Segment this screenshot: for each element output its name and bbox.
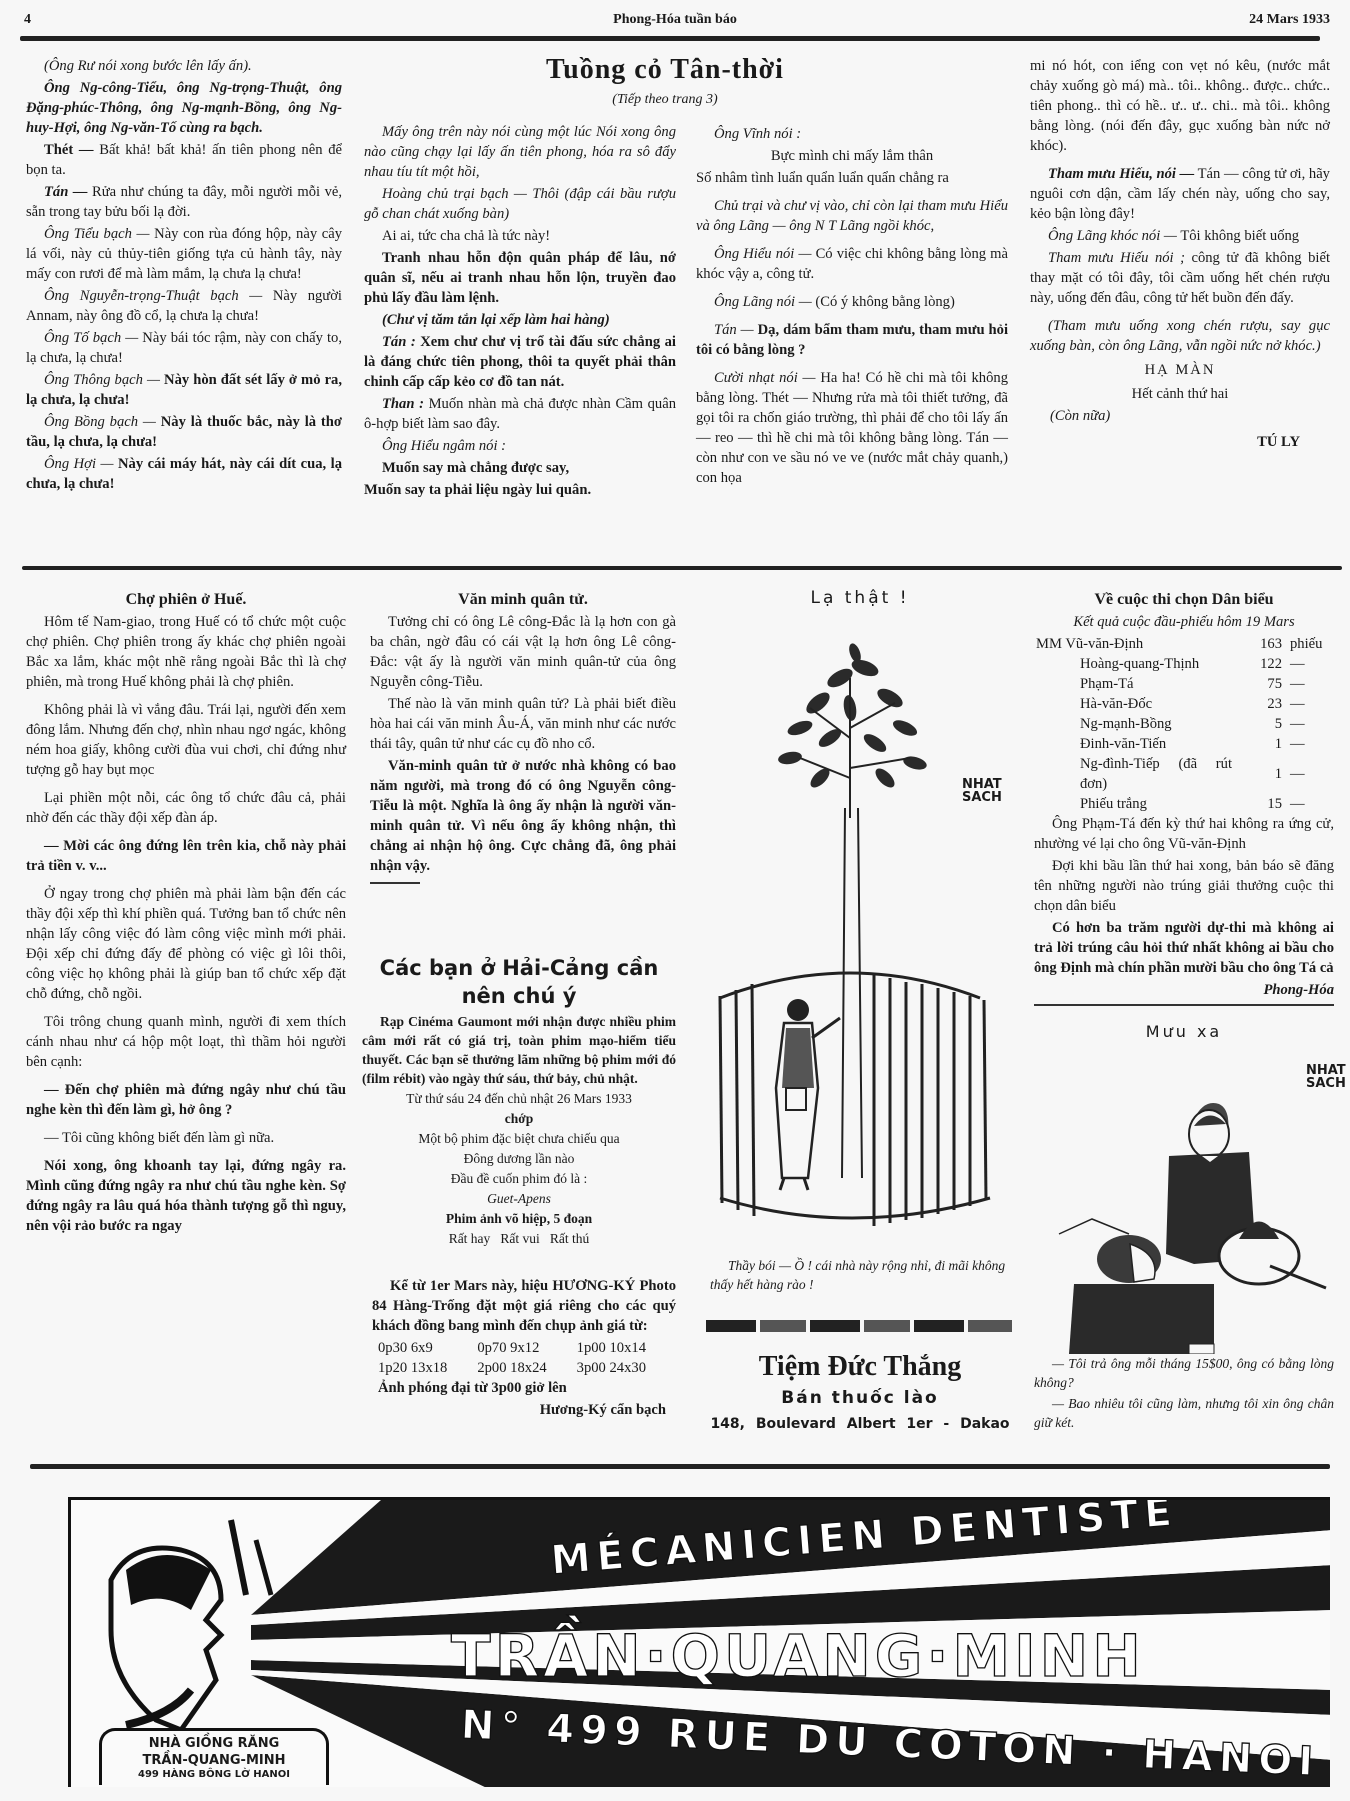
notice-title: Các bạn ở Hải-Cảng cần nên chú ý bbox=[362, 954, 676, 1010]
article-signature: Phong-Hóa bbox=[1034, 980, 1334, 1000]
dialogue-line: Ông Bồng bạch — Này là thuốc bắc, này là… bbox=[26, 412, 342, 452]
price-item: 1p00 10x14 bbox=[577, 1338, 676, 1358]
verse-line: Muốn say mà chẳng được say, bbox=[364, 458, 676, 478]
section-rule bbox=[30, 1464, 1330, 1469]
decorative-border bbox=[706, 1320, 1012, 1332]
film-praise: Rất hay Rất vui Rất thú bbox=[362, 1230, 676, 1248]
paragraph: Tưởng chỉ có ông Lê công-Đắc là lạ hơn c… bbox=[370, 612, 676, 692]
dialogue-line: Tán — Rửa như chúng ta đây, mỗi người mỗ… bbox=[26, 182, 342, 222]
ad-dentist-name: TRẦN·QUANG·MINH bbox=[451, 1622, 1145, 1690]
dialogue-line: Thét — Bất khả! bất khả! ấn tiên phong n… bbox=[26, 140, 342, 180]
verse-line: Bực mình chi mấy lắm thân bbox=[696, 146, 1008, 166]
table-row: Phạm-Tá75— bbox=[1034, 674, 1334, 694]
author-signature: TÚ LY bbox=[1030, 432, 1330, 452]
dialogue-line: Ông Lãng khóc nói — Tôi không biết uống bbox=[1030, 226, 1330, 246]
artist-signature: NHAT SACH bbox=[962, 778, 976, 804]
top-story-column-3: Ông Vĩnh nói : Bực mình chi mấy lắm thân… bbox=[696, 124, 1008, 490]
stage-direction: Mấy ông trên này nói cùng một lúc Nói xo… bbox=[364, 122, 676, 182]
price-item: 3p00 24x30 bbox=[577, 1358, 676, 1378]
stage-direction: (Chư vị tăm tắn lại xếp làm hai hàng) bbox=[364, 310, 676, 330]
stage-direction: Ông Hiểu ngâm nói : bbox=[364, 436, 676, 456]
table-row: Phiếu trắng15— bbox=[1034, 794, 1334, 814]
cho-phien-article: Chợ phiên ở Huế. Hôm tế Nam-giao, trong … bbox=[26, 590, 346, 1238]
ad-box-line: NHÀ GIỒNG RĂNG bbox=[106, 1735, 322, 1752]
stage-direction: Chủ trại và chư vị vào, chỉ còn lại tham… bbox=[696, 196, 1008, 236]
huong-ky-ad: Kể từ 1er Mars này, hiệu HƯƠNG-KÝ Photo … bbox=[372, 1276, 676, 1422]
dialogue-line: Ai ai, tức cha chả là tức này! bbox=[364, 226, 676, 246]
top-story-column-2: Mấy ông trên này nói cùng một lúc Nói xo… bbox=[364, 122, 676, 502]
ad-box-line: 499 HÀNG BÔNG LỜ HANOI bbox=[106, 1769, 322, 1781]
dialogue-line: mi nó hót, con iểng con vẹt nó kêu, (nướ… bbox=[1030, 56, 1330, 156]
dialogue-line: Ông Thông bạch — Này hòn đất sét lấy ở m… bbox=[26, 370, 342, 410]
dialogue-line: Ông Nguyễn-trọng-Thuật bạch — Này người … bbox=[26, 286, 342, 326]
stage-direction: Ông Vĩnh nói : bbox=[696, 124, 1008, 144]
price-item: 0p70 9x12 bbox=[477, 1338, 576, 1358]
schedule-line: chớp bbox=[362, 1110, 676, 1128]
table-row: Hà-văn-Đốc23— bbox=[1034, 694, 1334, 714]
muu-xa-caption: — Tôi trả ông mỗi tháng 15$00, ông có bằ… bbox=[1034, 1354, 1334, 1434]
artist-signature: NHAT SACH bbox=[1306, 1064, 1320, 1090]
section-rule bbox=[22, 566, 1342, 570]
page-header: 4 Phong-Hóa tuần báo 24 Mars 1933 bbox=[20, 8, 1330, 38]
table-row: Đinh-văn-Tiến1— bbox=[1034, 734, 1334, 754]
cartoon-title: Lạ thật ! bbox=[700, 588, 1020, 608]
dialogue-line: Ông Lãng nói — (Có ý không bằng lòng) bbox=[696, 292, 1008, 312]
cartoon-caption: Thầy bói — Ồ ! cái nhà này rộng nhỉ, đi … bbox=[710, 1256, 1010, 1294]
ad-box-line: TRẦN-QUANG-MINH bbox=[106, 1752, 322, 1769]
paragraph: — Đến chợ phiên mà đứng ngây như chú tầu… bbox=[26, 1080, 346, 1120]
paragraph: Ông Phạm-Tá đến kỳ thứ hai không ra ứng … bbox=[1034, 814, 1334, 854]
dentist-advertisement: MÉCANICIEN DENTISTE TRẦN·QUANG·MINH N° 4… bbox=[68, 1497, 1330, 1787]
shop-address: 148, Boulevard Albert 1er - Dakao bbox=[700, 1416, 1020, 1432]
stage-direction: (Ông Rư nói xong bước lên lấy ấn). bbox=[26, 56, 342, 76]
issue-date: 24 Mars 1933 bbox=[1249, 12, 1330, 28]
top-story-column-1: (Ông Rư nói xong bước lên lấy ấn). Ông N… bbox=[26, 56, 342, 496]
paragraph: — Mời các ông đứng lên trên kia, chỗ này… bbox=[26, 836, 346, 876]
dialogue-line: Tranh nhau hỗn độn quân pháp để lâu, nớ … bbox=[364, 248, 676, 308]
table-row: Ng-đình-Tiếp (đã rút đơn)1— bbox=[1034, 754, 1334, 794]
employer-employee-illustration bbox=[1034, 1044, 1334, 1354]
enlarge-note: Ảnh phóng đại từ 3p00 giở lên bbox=[372, 1378, 676, 1398]
dialogue-line: Than : Muốn nhàn mà chả được nhàn Cầm qu… bbox=[364, 394, 676, 434]
tiem-duc-thang-ad: Tiệm Đức Thắng Bán thuốc lào 148, Boulev… bbox=[700, 1350, 1020, 1432]
notice-body: Rạp Cinéma Gaumont mới nhận được nhiều p… bbox=[362, 1012, 676, 1088]
dialogue-line: Cười nhạt nói — Ha ha! Có hề chi mà tôi … bbox=[696, 368, 1008, 488]
dialogue-line: Hoàng chủ trại bạch — Thôi (đập cái bầu … bbox=[364, 184, 676, 224]
caption-line: — Bao nhiêu tôi cũng làm, nhưng tôi xin … bbox=[1034, 1394, 1334, 1432]
dialogue-line: Ông Hiểu nói — Có việc chi không bằng lò… bbox=[696, 244, 1008, 284]
paragraph: Ở ngay trong chợ phiên mà phải làm bận đ… bbox=[26, 884, 346, 1004]
la-that-cartoon: Lạ thật ! bbox=[700, 588, 1020, 1308]
table-row: Ng-mạnh-Bồng5— bbox=[1034, 714, 1334, 734]
article-title: Về cuộc thi chọn Dân biểu bbox=[1034, 590, 1334, 610]
section-divider bbox=[1034, 1004, 1334, 1006]
ad-signature: Hương-Ký cẩn bạch bbox=[372, 1400, 676, 1420]
shop-name: Tiệm Đức Thắng bbox=[700, 1350, 1020, 1384]
top-story-header: Tuồng cỏ Tân-thời (Tiếp theo trang 3) bbox=[470, 54, 860, 108]
dialogue-line: Tham mưu Hiếu, nói — Tán — công tử ơi, h… bbox=[1030, 164, 1330, 224]
top-story-column-4: mi nó hót, con iểng con vẹt nó kêu, (nướ… bbox=[1030, 56, 1330, 454]
dialogue-line: Ông Tố bạch — Này bái tóc rậm, này con c… bbox=[26, 328, 342, 368]
ad-label-box: NHÀ GIỒNG RĂNG TRẦN-QUANG-MINH 499 HÀNG … bbox=[99, 1728, 329, 1785]
dialogue-line: Tán — Dạ, dám bẩm tham mưu, tham mưu hỏi… bbox=[696, 320, 1008, 360]
hai-cang-notice: Các bạn ở Hải-Cảng cần nên chú ý Rạp Cin… bbox=[362, 954, 676, 1250]
schedule-line: Một bộ phim đặc biệt chưa chiếu qua bbox=[362, 1130, 676, 1148]
article-title: Chợ phiên ở Huế. bbox=[26, 590, 346, 610]
price-item: 0p30 6x9 bbox=[378, 1338, 477, 1358]
continued-note: (Tiếp theo trang 3) bbox=[470, 92, 860, 108]
shop-product: Bán thuốc lào bbox=[700, 1388, 1020, 1408]
table-row: MM Vũ-văn-Định163phiếu bbox=[1034, 634, 1334, 654]
van-minh-article: Văn minh quân tử. Tưởng chỉ có ông Lê cô… bbox=[370, 590, 676, 884]
vote-results-table: MM Vũ-văn-Định163phiếu Hoàng-quang-Thịnh… bbox=[1034, 634, 1334, 814]
paragraph: Lại phiền một nỗi, các ông tổ chức đâu c… bbox=[26, 788, 346, 828]
schedule-line: Đầu đề cuốn phim đó là : bbox=[362, 1170, 676, 1188]
price-item: 2p00 18x24 bbox=[477, 1358, 576, 1378]
dialogue-line: Tham mưu Hiếu nói ; công tử đã không biế… bbox=[1030, 248, 1330, 308]
paragraph: — Tôi cũng không biết đến làm gì nữa. bbox=[26, 1128, 346, 1148]
stage-direction: Ông Ng-công-Tiểu, ông Ng-trọng-Thuật, ôn… bbox=[26, 78, 342, 138]
article-subtitle: Kết quả cuộc đầu-phiếu hôm 19 Mars bbox=[1034, 612, 1334, 632]
to-be-continued: (Còn nữa) bbox=[1030, 406, 1330, 426]
top-story-headline: Tuồng cỏ Tân-thời bbox=[470, 54, 860, 86]
dan-bieu-article: Về cuộc thi chọn Dân biểu Kết quả cuộc đ… bbox=[1034, 590, 1334, 1006]
paragraph: Không phải là vì vắng đâu. Trái lại, ngư… bbox=[26, 700, 346, 780]
caption-line: — Tôi trả ông mỗi tháng 15$00, ông có bằ… bbox=[1034, 1354, 1334, 1392]
schedule-line: Từ thứ sáu 24 đến chủ nhật 26 Mars 1933 bbox=[362, 1090, 676, 1108]
stage-direction: (Tham mưu uống xong chén rượu, say gục x… bbox=[1030, 316, 1330, 356]
short-divider bbox=[370, 882, 420, 884]
paragraph: Có hơn ba trăm người dự-thi mà không ai … bbox=[1034, 918, 1334, 978]
curtain-note: HẠ MÀN bbox=[1030, 360, 1330, 380]
price-item: 1p20 13x18 bbox=[378, 1358, 477, 1378]
cartoon-title: Mưu xa bbox=[1034, 1022, 1334, 1041]
paragraph: Nói xong, ông khoanh tay lại, đứng ngây … bbox=[26, 1156, 346, 1236]
paragraph: Văn-minh quân tử ở nước nhà không có bao… bbox=[370, 756, 676, 876]
paragraph: Tôi trông chung quanh mình, người đi xem… bbox=[26, 1012, 346, 1072]
paragraph: Đợi khi bầu lần thứ hai xong, bản báo sẽ… bbox=[1034, 856, 1334, 916]
ad-body: Kể từ 1er Mars này, hiệu HƯƠNG-KÝ Photo … bbox=[372, 1276, 676, 1336]
verse-line: Muốn say ta phải liệu ngày lui quân. bbox=[364, 480, 676, 500]
end-scene-note: Hết cảnh thứ hai bbox=[1030, 384, 1330, 404]
film-description: Phim ảnh võ hiệp, 5 đoạn bbox=[362, 1210, 676, 1228]
verse-line: Số nhâm tình luẩn quẩn luẩn quẩn chẳng r… bbox=[696, 168, 1008, 188]
publication-title: Phong-Hóa tuần báo bbox=[20, 12, 1330, 28]
schedule-line: Đông dương lần nào bbox=[362, 1150, 676, 1168]
dialogue-line: Ông Hợi — Này cái máy hát, này cái dít c… bbox=[26, 454, 342, 494]
dialogue-line: Tán : Xem chư chư vị trổ tài đấu sức chẳ… bbox=[364, 332, 676, 392]
article-title: Văn minh quân tử. bbox=[370, 590, 676, 610]
blind-man-tree-illustration bbox=[700, 618, 1020, 1258]
paragraph: Hôm tế Nam-giao, trong Huế có tổ chức mộ… bbox=[26, 612, 346, 692]
price-list: 0p30 6x9 0p70 9x12 1p00 10x14 1p20 13x18… bbox=[372, 1338, 676, 1378]
film-title: Guet-Apens bbox=[362, 1190, 676, 1208]
table-row: Hoàng-quang-Thịnh122— bbox=[1034, 654, 1334, 674]
dialogue-line: Ông Tiểu bạch — Này con rùa đóng hộp, nà… bbox=[26, 224, 342, 284]
header-rule bbox=[20, 36, 1320, 41]
paragraph: Thế nào là văn minh quân tử? Là phải biế… bbox=[370, 694, 676, 754]
